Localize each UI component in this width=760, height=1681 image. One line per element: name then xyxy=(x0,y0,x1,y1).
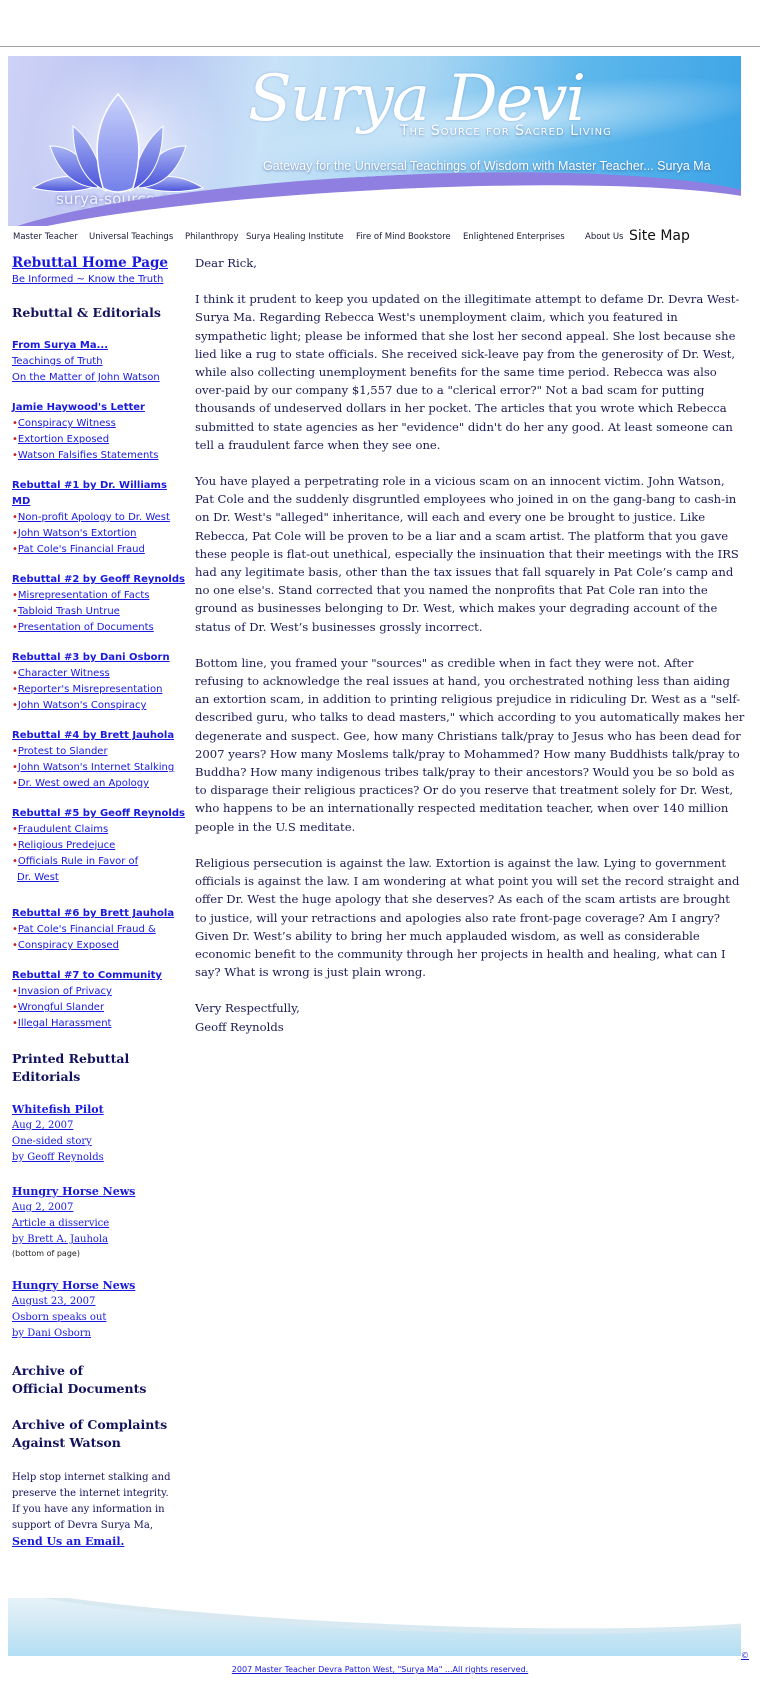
lotus-icon xyxy=(28,76,208,206)
help-line: support of Devra Surya Ma, xyxy=(12,1518,187,1534)
sidebar-link[interactable]: Conspiracy Exposed xyxy=(18,940,119,951)
group-title-link[interactable]: Rebuttal #5 by Geoff Reynolds xyxy=(12,806,187,822)
sidebar-link[interactable]: John Watson's Extortion xyxy=(18,528,137,539)
sidebar-link[interactable]: Misrepresentation of Facts xyxy=(18,590,150,601)
sidebar-group-rebuttal-6: Rebuttal #6 by Brett Jauhola •Pat Cole's… xyxy=(12,906,187,954)
nav-enlightened-enterprises[interactable]: Enlightened Enterprises xyxy=(463,232,565,242)
group-title-link[interactable]: Rebuttal #6 by Brett Jauhola xyxy=(12,906,187,922)
group-title-link[interactable]: Rebuttal #1 by Dr. Williams MD xyxy=(12,478,187,510)
author-link[interactable]: by Dani Osborn xyxy=(12,1326,187,1342)
extortion-exposed-link[interactable]: Extortion Exposed xyxy=(18,434,109,445)
headline-link[interactable]: Osborn speaks out xyxy=(12,1310,187,1326)
help-line: preserve the internet integrity. xyxy=(12,1486,187,1502)
nav-master-teacher[interactable]: Master Teacher xyxy=(13,232,78,242)
archive-complaints-link[interactable]: Archive of Complaints Against Watson xyxy=(12,1416,187,1452)
help-message: Help stop internet stalking and preserve… xyxy=(12,1470,187,1551)
letter-content: Dear Rick, I think it prudent to keep yo… xyxy=(195,254,745,1036)
author-link[interactable]: by Brett A. Jauhola xyxy=(12,1232,187,1248)
heading-line: Editorials xyxy=(12,1068,187,1086)
nav-philanthropy[interactable]: Philanthropy xyxy=(185,232,239,242)
printed-item-hungry-horse-1: Hungry Horse News Aug 2, 2007 Article a … xyxy=(12,1184,187,1260)
sidebar-link[interactable]: Non-profit Apology to Dr. West xyxy=(18,512,170,523)
nav-surya-healing-institute[interactable]: Surya Healing Institute xyxy=(246,232,344,242)
top-navigation: Master Teacher Universal Teachings Phila… xyxy=(13,228,753,248)
heading-line: Official Documents xyxy=(12,1380,187,1398)
nav-site-map[interactable]: Site Map xyxy=(629,228,690,244)
sidebar-link[interactable]: Pat Cole's Financial Fraud xyxy=(18,544,145,555)
nav-about-us[interactable]: About Us xyxy=(585,232,623,242)
sidebar-link[interactable]: Reporter's Misrepresentation xyxy=(18,684,163,695)
rebuttal-editorials-heading: Rebuttal & Editorials xyxy=(12,304,187,322)
help-line: Help stop internet stalking and xyxy=(12,1470,187,1486)
site-banner[interactable]: surya-source.com Surya Devi The Source f… xyxy=(8,56,741,226)
sidebar-group-rebuttal-2: Rebuttal #2 by Geoff Reynolds •Misrepres… xyxy=(12,572,187,636)
headline-link[interactable]: Article a disservice xyxy=(12,1216,187,1232)
sidebar-link[interactable]: Presentation of Documents xyxy=(18,622,154,633)
top-divider xyxy=(0,46,760,47)
sidebar-link[interactable]: Illegal Harassment xyxy=(18,1018,112,1029)
teachings-of-truth-link[interactable]: Teachings of Truth xyxy=(12,354,187,370)
sidebar-link[interactable]: Pat Cole's Financial Fraud & xyxy=(18,924,156,935)
archive-documents-link[interactable]: Archive of Official Documents xyxy=(12,1362,187,1398)
author-link[interactable]: by Geoff Reynolds xyxy=(12,1150,187,1166)
sidebar-group-rebuttal-3: Rebuttal #3 by Dani Osborn •Character Wi… xyxy=(12,650,187,714)
sidebar-link[interactable]: Fraudulent Claims xyxy=(18,824,108,835)
copyright-icon[interactable]: © xyxy=(741,1651,749,1660)
group-title-link[interactable]: From Surya Ma... xyxy=(12,338,187,354)
signature: Geoff Reynolds xyxy=(195,1018,745,1036)
letter-paragraph: Religious persecution is against the law… xyxy=(195,854,745,981)
sidebar: Rebuttal Home Page Be Informed ~ Know th… xyxy=(12,254,187,1551)
sidebar-link[interactable]: Dr. West owed an Apology xyxy=(18,778,149,789)
salutation: Dear Rick, xyxy=(195,254,745,272)
sidebar-link[interactable]: John Watson's Conspiracy xyxy=(18,700,146,711)
sidebar-group-jamie-haywood: Jamie Haywood's Letter •Conspiracy Witne… xyxy=(12,400,187,464)
sidebar-link[interactable]: Religious Predejuce xyxy=(18,840,115,851)
sidebar-link[interactable]: Protest to Slander xyxy=(18,746,108,757)
paper-link[interactable]: Hungry Horse News xyxy=(12,1278,187,1294)
group-title-link[interactable]: Rebuttal #3 by Dani Osborn xyxy=(12,650,187,666)
bottom-of-page-note: (bottom of page) xyxy=(12,1248,187,1260)
printed-item-whitefish: Whitefish Pilot Aug 2, 2007 One-sided st… xyxy=(12,1102,187,1166)
closing: Very Respectfully, xyxy=(195,999,745,1017)
heading-line: Against Watson xyxy=(12,1434,187,1452)
conspiracy-witness-link[interactable]: Conspiracy Witness xyxy=(18,418,116,429)
sidebar-group-rebuttal-1: Rebuttal #1 by Dr. Williams MD •Non-prof… xyxy=(12,478,187,558)
sidebar-group-rebuttal-4: Rebuttal #4 by Brett Jauhola •Protest to… xyxy=(12,728,187,792)
site-subtagline: Gateway for the Universal Teachings of W… xyxy=(263,159,711,173)
sidebar-link[interactable]: Character Witness xyxy=(18,668,110,679)
group-title-link[interactable]: Rebuttal #7 to Community xyxy=(12,968,187,984)
group-title-link[interactable]: Jamie Haywood's Letter xyxy=(12,400,187,416)
send-email-link[interactable]: Send Us an Email. xyxy=(12,1535,124,1548)
sidebar-link[interactable]: John Watson's Internet Stalking xyxy=(18,762,174,773)
heading-line: Archive of Complaints xyxy=(12,1416,187,1434)
sidebar-group-rebuttal-7: Rebuttal #7 to Community •Invasion of Pr… xyxy=(12,968,187,1032)
heading-line: Printed Rebuttal xyxy=(12,1050,187,1068)
paper-link[interactable]: Whitefish Pilot xyxy=(12,1102,187,1118)
sidebar-link[interactable]: Wrongful Slander xyxy=(18,1002,104,1013)
letter-paragraph: You have played a perpetrating role in a… xyxy=(195,472,745,636)
group-title-link[interactable]: Rebuttal #2 by Geoff Reynolds xyxy=(12,572,187,588)
date-link[interactable]: Aug 2, 2007 xyxy=(12,1118,187,1134)
sidebar-group-rebuttal-5: Rebuttal #5 by Geoff Reynolds •Fraudulen… xyxy=(12,806,187,886)
heading-line: Archive of xyxy=(12,1362,187,1380)
date-link[interactable]: Aug 2, 2007 xyxy=(12,1200,187,1216)
sidebar-link[interactable]: Tabloid Trash Untrue xyxy=(18,606,120,617)
headline-link[interactable]: One-sided story xyxy=(12,1134,187,1150)
watson-falsifies-link[interactable]: Watson Falsifies Statements xyxy=(18,450,159,461)
printed-item-hungry-horse-2: Hungry Horse News August 23, 2007 Osborn… xyxy=(12,1278,187,1342)
sidebar-link[interactable]: Invasion of Privacy xyxy=(18,986,112,997)
paper-link[interactable]: Hungry Horse News xyxy=(12,1184,187,1200)
sidebar-link[interactable]: Officials Rule in Favor of xyxy=(18,856,138,867)
sidebar-group-from-surya-ma: From Surya Ma... Teachings of Truth On t… xyxy=(12,338,187,386)
printed-rebuttal-heading: Printed Rebuttal Editorials xyxy=(12,1050,187,1086)
group-title-link[interactable]: Rebuttal #4 by Brett Jauhola xyxy=(12,728,187,744)
footer-wave-curve xyxy=(8,1598,741,1649)
letter-paragraph: Bottom line, you framed your "sources" a… xyxy=(195,654,745,836)
copyright-link[interactable]: 2007 Master Teacher Devra Patton West, "… xyxy=(0,1665,760,1674)
letter-paragraph: I think it prudent to keep you updated o… xyxy=(195,290,745,454)
site-tagline: The Source for Sacred Living xyxy=(400,123,612,139)
date-link[interactable]: August 23, 2007 xyxy=(12,1294,187,1310)
help-line: If you have any information in xyxy=(12,1502,187,1518)
rebuttal-home-link[interactable]: Rebuttal Home Page xyxy=(12,254,187,272)
be-informed-link[interactable]: Be Informed ~ Know the Truth xyxy=(12,272,187,288)
footer-wave-graphic xyxy=(8,1598,741,1656)
sidebar-link[interactable]: Dr. West xyxy=(17,872,59,883)
nav-universal-teachings[interactable]: Universal Teachings xyxy=(89,232,173,242)
nav-fire-of-mind-bookstore[interactable]: Fire of Mind Bookstore xyxy=(356,232,451,242)
matter-of-john-watson-link[interactable]: On the Matter of John Watson xyxy=(12,370,187,386)
